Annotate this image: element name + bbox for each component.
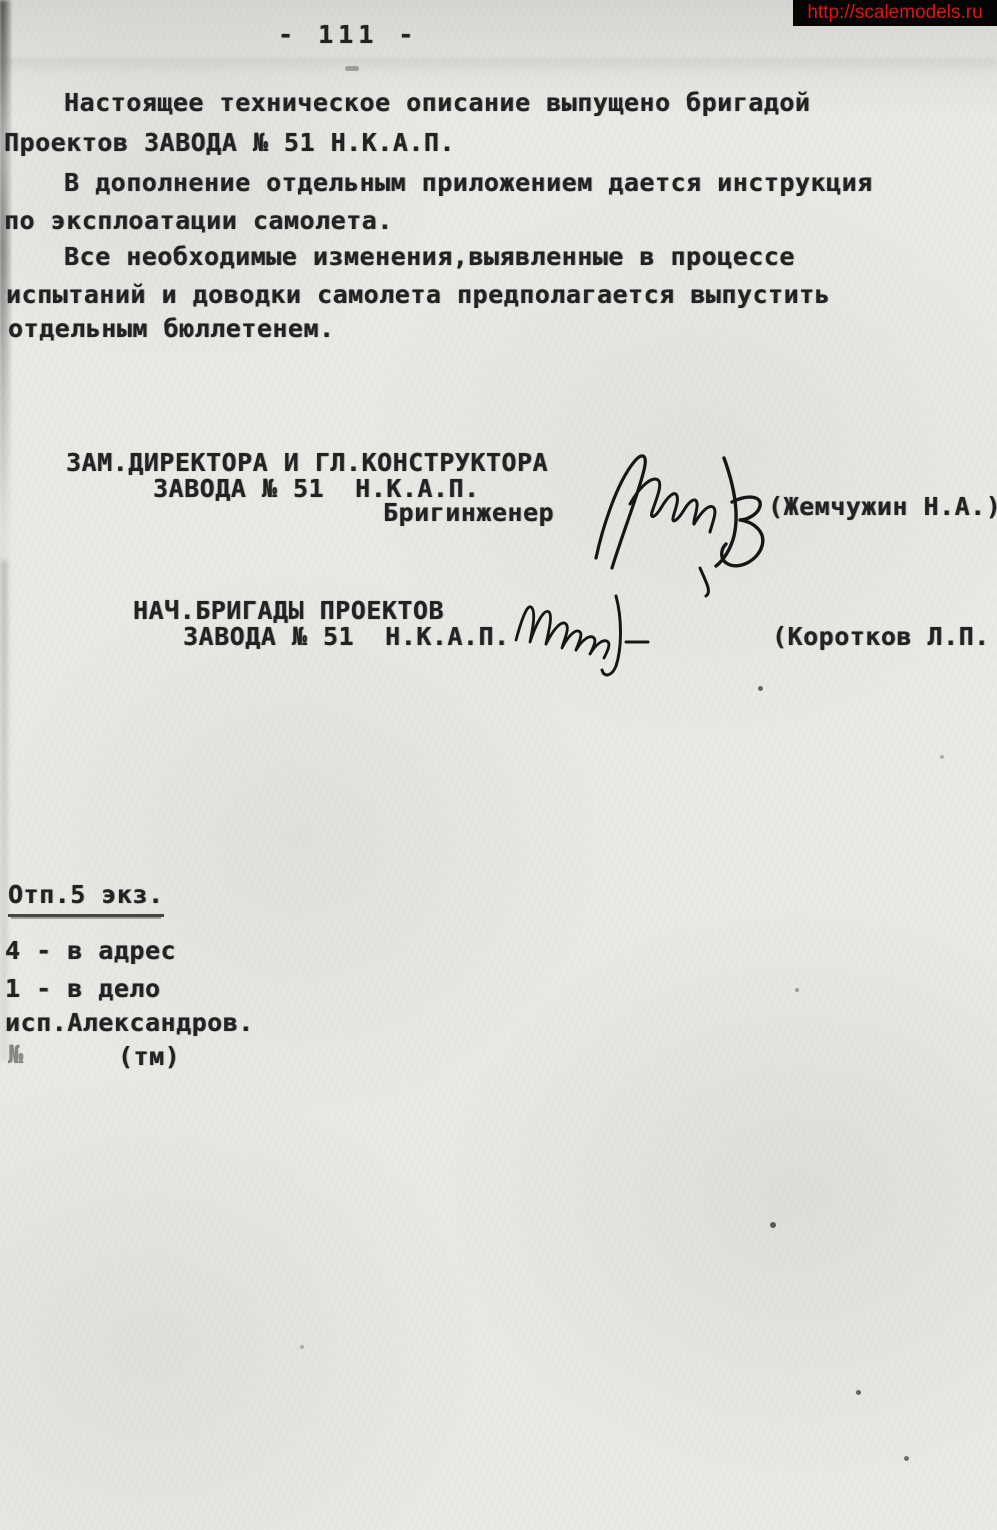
- scan-speck: [856, 1390, 861, 1395]
- distribution-item: 4 - в адрес: [5, 936, 176, 965]
- korotkov-signature-scrawl: [508, 582, 688, 682]
- scanned-document-page: http://scalemodels.ru - 111 - Настоящее …: [0, 0, 997, 1530]
- distribution-item: исп.Александров.: [5, 1008, 254, 1037]
- signature-title-line: ЗАМ.ДИРЕКТОРА И ГЛ.КОНСТРУКТОРА: [66, 448, 548, 477]
- distribution-header: Отп.5 экз.: [8, 880, 164, 917]
- paragraph-line: отдельным бюллетенем.: [8, 314, 335, 343]
- paragraph-line: испытаний и доводки самолета предполагае…: [6, 280, 830, 309]
- watermark-url: http://scalemodels.ru: [807, 2, 982, 24]
- paragraph-line: Настоящее техническое описание выпущено …: [64, 88, 810, 117]
- signatory-name: (Жемчужин Н.А.): [768, 492, 997, 521]
- watermark-banner: http://scalemodels.ru: [793, 0, 997, 26]
- paragraph-line: В дополнение отдельным приложением даетс…: [64, 168, 873, 197]
- signatory-name: (Коротков Л.П.: [772, 622, 990, 651]
- signatory-rank: Бригинженер: [383, 498, 554, 527]
- signature-title-line: ЗАВОДА № 51 Н.К.А.П.: [183, 622, 510, 651]
- scan-speck: [940, 755, 944, 759]
- paragraph-line: по эксплоатации самолета.: [4, 206, 393, 235]
- paper-crease: [0, 58, 997, 74]
- scan-speck: [904, 1456, 909, 1461]
- scan-speck: [758, 686, 763, 691]
- scan-speck: [345, 66, 359, 71]
- scan-speck: [300, 1345, 304, 1349]
- distribution-footer-mark: №: [8, 1040, 24, 1069]
- scan-speck: [770, 1222, 776, 1228]
- distribution-footer-note: (тм): [118, 1042, 180, 1071]
- signature-title-line: НАЧ.БРИГАДЫ ПРОЕКТОВ: [133, 596, 444, 625]
- scan-speck: [795, 988, 799, 992]
- distribution-item: 1 - в дело: [5, 974, 161, 1003]
- paragraph-line: Проектов ЗАВОДА № 51 Н.К.А.П.: [4, 128, 455, 157]
- paragraph-line: Все необходимые изменения,выявленные в п…: [64, 242, 795, 271]
- zhemchuzhin-signature-scrawl: [582, 440, 797, 600]
- page-number: - 111 -: [278, 20, 418, 49]
